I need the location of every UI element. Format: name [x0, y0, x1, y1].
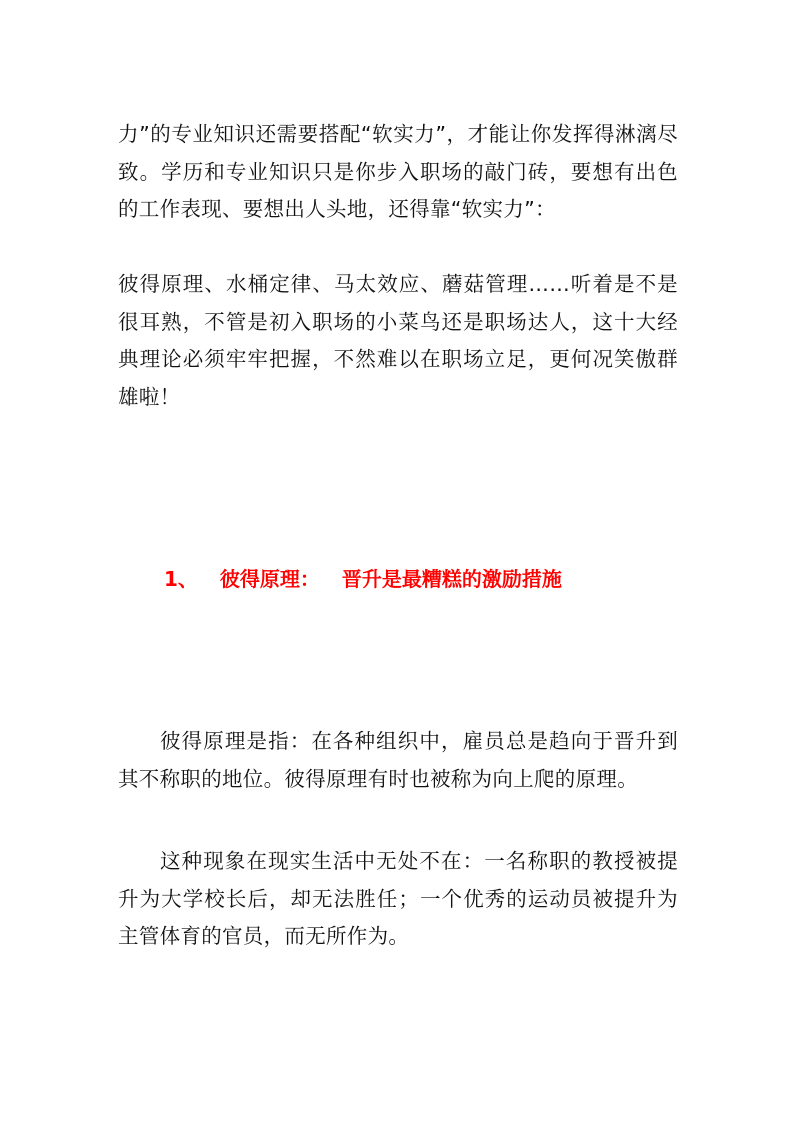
paragraph-intro-continuation: 力”的专业知识还需要搭配“软实力”，才能让你发挥得淋漓尽致。学历和专业知识只是你…	[118, 116, 678, 229]
section-label: 彼得原理：	[220, 565, 320, 593]
paragraph-peter-principle-examples: 这种现象在现实生活中无处不在：一名称职的教授被提升为大学校长后，却无法胜任；一个…	[118, 843, 678, 956]
paragraph-peter-principle-definition: 彼得原理是指：在各种组织中，雇员总是趋向于晋升到其不称职的地位。彼得原理有时也被…	[118, 723, 678, 798]
section-title: 晋升是最糟糕的激励措施	[342, 565, 562, 593]
section-heading: 1、彼得原理：晋升是最糟糕的激励措施	[164, 565, 562, 593]
section-number: 1、	[164, 565, 198, 593]
document-page: 力”的专业知识还需要搭配“软实力”，才能让你发挥得淋漓尽致。学历和专业知识只是你…	[0, 0, 793, 1122]
paragraph-theories-intro: 彼得原理、水桶定律、马太效应、蘑菇管理……听着是不是很耳熟，不管是初入职场的小菜…	[118, 266, 678, 416]
